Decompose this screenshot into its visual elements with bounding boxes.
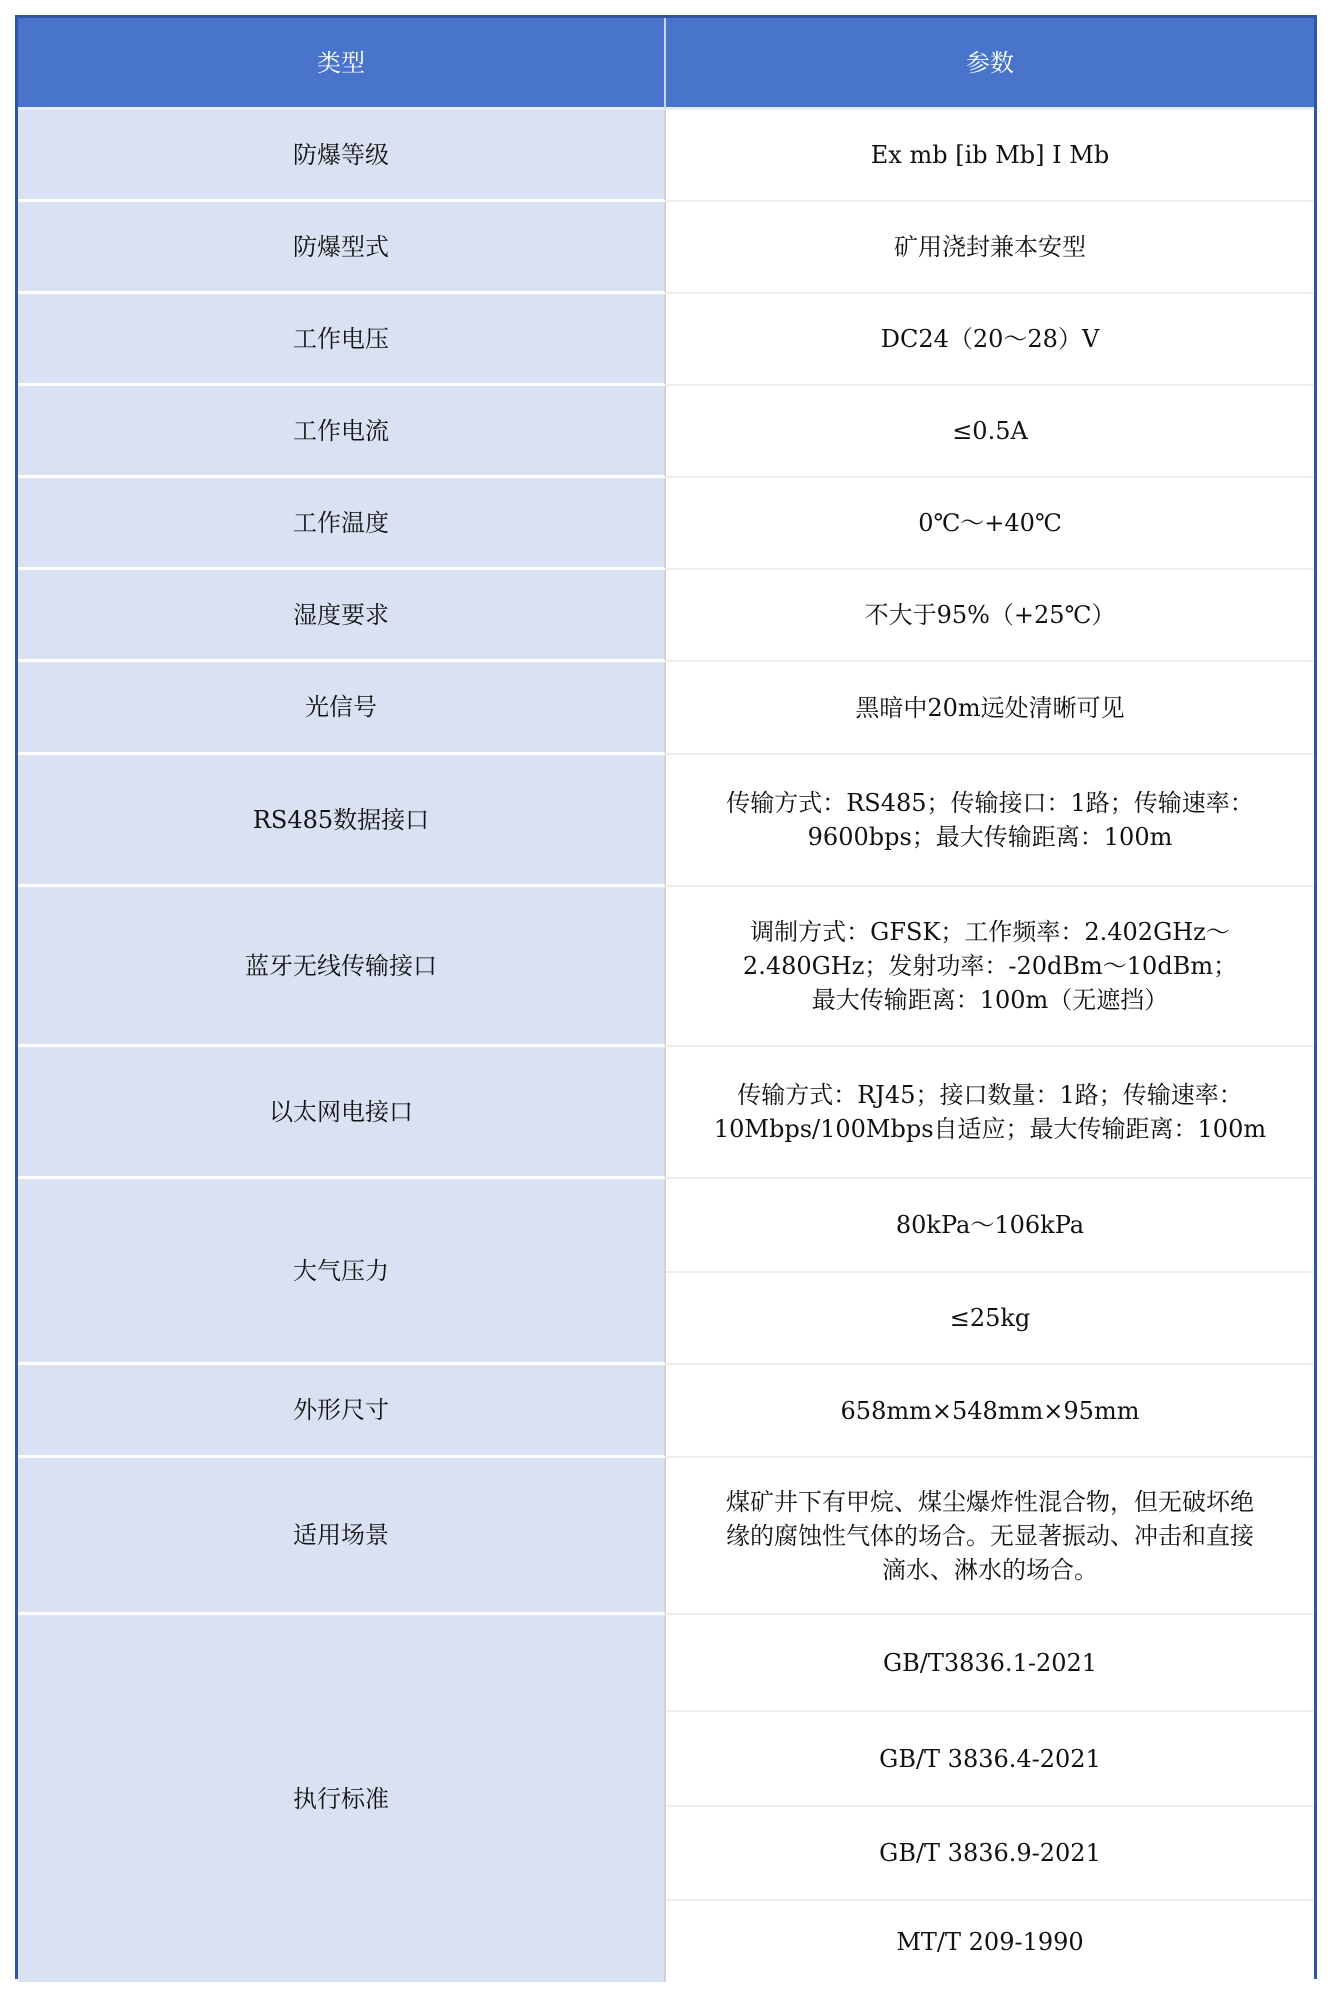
table-row: 湿度要求 不大于95%（+25℃） (18, 570, 1314, 662)
row-value: MT/T 209-1990 (666, 1901, 1314, 1982)
row-label: 适用场景 (18, 1458, 666, 1615)
row-value: GB/T 3836.9-2021 (666, 1807, 1314, 1901)
row-value: ≤0.5A (666, 386, 1314, 478)
table-row: 工作温度 0℃～+40℃ (18, 478, 1314, 570)
spec-table: 类型 参数 防爆等级 Ex mb [ib Mb] I Mb 防爆型式 矿用浇封兼… (15, 15, 1317, 1979)
row-value: 658mm×548mm×95mm (666, 1365, 1314, 1458)
header-type: 类型 (18, 18, 666, 110)
row-label: 工作电压 (18, 294, 666, 386)
table-row: 防爆型式 矿用浇封兼本安型 (18, 202, 1314, 294)
table-row: 外形尺寸 658mm×548mm×95mm (18, 1365, 1314, 1458)
row-value: 80kPa～106kPa (666, 1179, 1314, 1273)
row-value: 不大于95%（+25℃） (666, 570, 1314, 662)
table-row: 执行标准 GB/T3836.1-2021 GB/T 3836.4-2021 GB… (18, 1615, 1314, 1982)
row-label: 蓝牙无线传输接口 (18, 887, 666, 1047)
row-label: 防爆等级 (18, 110, 666, 202)
table-row: 工作电压 DC24（20～28）V (18, 294, 1314, 386)
row-value: 传输方式：RJ45；接口数量：1路；传输速率： 10Mbps/100Mbps自适… (666, 1047, 1314, 1179)
row-value: 矿用浇封兼本安型 (666, 202, 1314, 294)
table-row: 蓝牙无线传输接口 调制方式：GFSK；工作频率：2.402GHz～ 2.480G… (18, 887, 1314, 1047)
row-label: 以太网电接口 (18, 1047, 666, 1179)
table-row: 大气压力 80kPa～106kPa ≤25kg (18, 1179, 1314, 1365)
table-row: 光信号 黑暗中20m远处清晰可见 (18, 662, 1314, 755)
row-label: 工作电流 (18, 386, 666, 478)
table-row: 适用场景 煤矿井下有甲烷、煤尘爆炸性混合物，但无破坏绝 缘的腐蚀性气体的场合。无… (18, 1458, 1314, 1615)
row-value: 0℃～+40℃ (666, 478, 1314, 570)
row-value: 煤矿井下有甲烷、煤尘爆炸性混合物，但无破坏绝 缘的腐蚀性气体的场合。无显著振动、… (666, 1458, 1314, 1615)
row-label: 大气压力 (18, 1179, 666, 1365)
row-value: 调制方式：GFSK；工作频率：2.402GHz～ 2.480GHz；发射功率：-… (666, 887, 1314, 1047)
row-label: 工作温度 (18, 478, 666, 570)
table-row: RS485数据接口 传输方式：RS485；传输接口：1路；传输速率： 9600b… (18, 755, 1314, 887)
row-label: 湿度要求 (18, 570, 666, 662)
header-param: 参数 (666, 18, 1314, 110)
table-row: 工作电流 ≤0.5A (18, 386, 1314, 478)
table-header-row: 类型 参数 (18, 18, 1314, 110)
row-value: ≤25kg (666, 1273, 1314, 1365)
table-row: 防爆等级 Ex mb [ib Mb] I Mb (18, 110, 1314, 202)
row-value: DC24（20～28）V (666, 294, 1314, 386)
row-label: 光信号 (18, 662, 666, 755)
row-label: 执行标准 (18, 1615, 666, 1982)
row-label: RS485数据接口 (18, 755, 666, 887)
row-value: GB/T 3836.4-2021 (666, 1712, 1314, 1807)
row-value: 传输方式：RS485；传输接口：1路；传输速率： 9600bps；最大传输距离：… (666, 755, 1314, 887)
row-label: 外形尺寸 (18, 1365, 666, 1458)
row-value: 黑暗中20m远处清晰可见 (666, 662, 1314, 755)
table-row: 以太网电接口 传输方式：RJ45；接口数量：1路；传输速率： 10Mbps/10… (18, 1047, 1314, 1179)
row-value: Ex mb [ib Mb] I Mb (666, 110, 1314, 202)
row-label: 防爆型式 (18, 202, 666, 294)
row-value: GB/T3836.1-2021 (666, 1615, 1314, 1712)
